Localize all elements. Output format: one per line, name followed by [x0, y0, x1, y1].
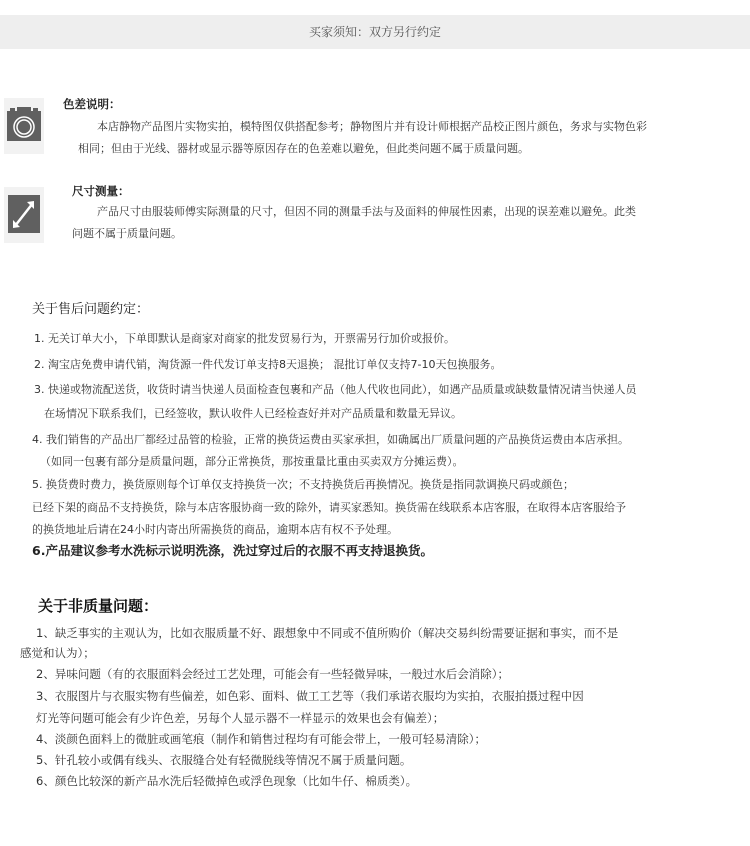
non-quality-item-5: 5、针孔较小或偶有线头、衣服缝合处有轻微脱线等情况不属于质量问题。 — [36, 752, 411, 768]
after-sales-item-3-cont: 在场情况下联系我们，已经签收，默认收件人已经检查好并对产品质量和数量无异议。 — [44, 405, 462, 421]
after-sales-item-6: 6.产品建议参考水洗标示说明洗涤，洗过穿过后的衣服不再支持退换货。 — [32, 541, 433, 559]
color-note-line1: 本店静物产品图片实物实拍，模特图仅供搭配参考；静物图片并有设计师根据产品校正图片… — [97, 116, 647, 138]
non-quality-item-1: 1、缺乏事实的主观认为，比如衣服质量不好、跟想象中不同或不值所购价（解决交易纠纷… — [36, 625, 618, 641]
after-sales-item-1: 1. 无关订单大小，下单即默认是商家对商家的批发贸易行为，开票需另行加价或报价。 — [34, 330, 455, 346]
non-quality-item-1-cont: 感觉和认为）； — [20, 645, 95, 661]
non-quality-item-2: 2、异味问题（有的衣服面料会经过工艺处理，可能会有一些轻微异味，一般过水后会消除… — [36, 666, 509, 682]
size-note-title: 尺寸测量： — [72, 183, 130, 199]
after-sales-item-2: 2. 淘宝店免费申请代销，淘货源一件代发订单支持8天退换； 混批订单仅支持7-1… — [34, 356, 501, 372]
after-sales-item-3: 3. 快递或物流配送货，收货时请当快递人员面检查包裹和产品（他人代收也同此），如… — [34, 381, 637, 397]
color-note-line2: 相同；但由于光线、器材或显示器等原因存在的色差难以避免，但此类问题不属于质量问题… — [78, 138, 529, 160]
non-quality-heading: 关于非质量问题： — [38, 595, 158, 616]
non-quality-item-6: 6、颜色比较深的新产品水洗后轻微掉色或浮色现象（比如牛仔、棉质类）。 — [36, 773, 417, 789]
resize-arrows-icon — [4, 187, 44, 243]
banner-title: 买家须知：双方另行约定 — [309, 25, 441, 39]
after-sales-item-4: 4. 我们销售的产品出厂都经过品管的检验，正常的换货运费由买家承担，如确属出厂质… — [32, 431, 629, 447]
after-sales-heading: 关于售后问题约定： — [32, 298, 149, 317]
after-sales-item-5-cont2: 的换货地址后请在24小时内寄出所需换货的商品，逾期本店有权不予处理。 — [32, 521, 398, 537]
after-sales-item-5: 5. 换货费时费力，换货原则每个订单仅支持换货一次；不支持换货后再换情况。换货是… — [32, 476, 574, 492]
notice-banner: 买家须知：双方另行约定 — [0, 15, 750, 49]
camera-icon — [4, 98, 44, 154]
non-quality-item-3-cont: 灯光等问题可能会有少许色差，另每个人显示器不一样显示的效果也会有偏差）； — [36, 710, 444, 726]
after-sales-item-5-cont1: 已经下架的商品不支持换货，除与本店客服协商一致的除外，请买家悉知。换货需在线联系… — [32, 499, 626, 515]
non-quality-item-4: 4、淡颜色面料上的微脏或画笔痕（制作和销售过程均有可能会带上，一般可轻易清除）； — [36, 731, 486, 747]
color-note-title: 色差说明： — [63, 96, 121, 112]
after-sales-item-4-cont: （如同一包裹有部分是质量问题，部分正常换货，那按重量比重由买卖双方分摊运费）。 — [40, 453, 464, 469]
size-note-line1: 产品尺寸由服装师傅实际测量的尺寸，但因不同的测量手法与及面料的伸展性因素，出现的… — [97, 201, 636, 223]
size-note-line2: 问题不属于质量问题。 — [72, 223, 182, 245]
non-quality-item-3: 3、衣服图片与衣服实物有些偏差，如色彩、面料、做工工艺等（我们承诺衣服均为实拍，… — [36, 688, 584, 704]
